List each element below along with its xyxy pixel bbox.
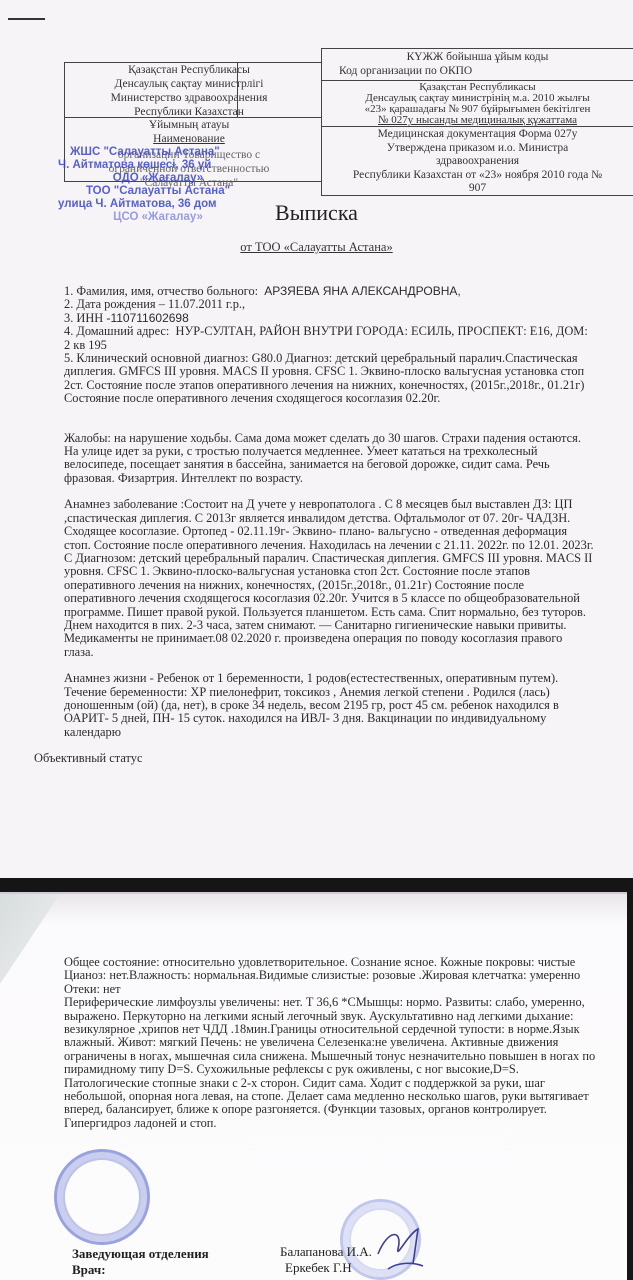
header-order-ru: Медицинская документация Форма 027у Утве… [321, 128, 633, 196]
header-okpo-code: КҮЖЖ бойынша ұйым коды Код организации п… [321, 50, 633, 78]
objective-status-heading: Объективный статус [34, 752, 594, 765]
head-of-department-name: Балапанова И.А. [280, 1244, 372, 1260]
patient-dob: 2. Дата рождения – 11.07.2011 г.р., [64, 298, 594, 311]
header-ministry-text: Қазақстан Республикасы Денсаулық сақтау … [64, 63, 314, 119]
patient-name: АРЗЯЕВА ЯНА АЛЕКСАНДРОВНА, [264, 284, 460, 298]
document-page-2: Общее состояние: относительно удовлетвор… [0, 892, 627, 1280]
round-seal-stamp [54, 1149, 150, 1245]
header-org-label: Ұйымның атауы Наименование [64, 118, 314, 146]
disease-history-section: Анамнез заболевание :Состоит на Д учете … [64, 498, 594, 659]
header-order-kz: Қазақстан Республикасы Денсаулық сақтау … [321, 82, 633, 126]
document-page-1: Қазақстан Республикасы Денсаулық сақтау … [0, 0, 633, 878]
doctor-name: Еркебек Г.Н [285, 1260, 352, 1276]
patient-info: 1. Фамилия, имя, отчество больного: АРЗЯ… [64, 285, 594, 766]
objective-status-section: Общее состояние: относительно удовлетвор… [64, 956, 604, 1130]
scan-mark [8, 18, 45, 20]
complaints-section: Жалобы: на нарушение ходьбы. Сама дома м… [64, 432, 594, 486]
signature-scribble-icon [368, 1224, 438, 1279]
head-of-department-label: Заведующая отделения [72, 1246, 209, 1262]
page-corner-fold [0, 894, 60, 984]
document-subtitle: от ТОО «Салауатты Астана» [0, 240, 633, 255]
document-title: Выписка [0, 200, 633, 226]
patient-iin: 110711602698 [110, 311, 188, 325]
doctor-label: Врач: [72, 1262, 106, 1278]
life-history-section: Анамнез жизни - Ребенок от 1 беременност… [64, 672, 594, 739]
clinical-diagnosis: 5. Клинический основной диагноз: G80.0 Д… [64, 352, 594, 406]
